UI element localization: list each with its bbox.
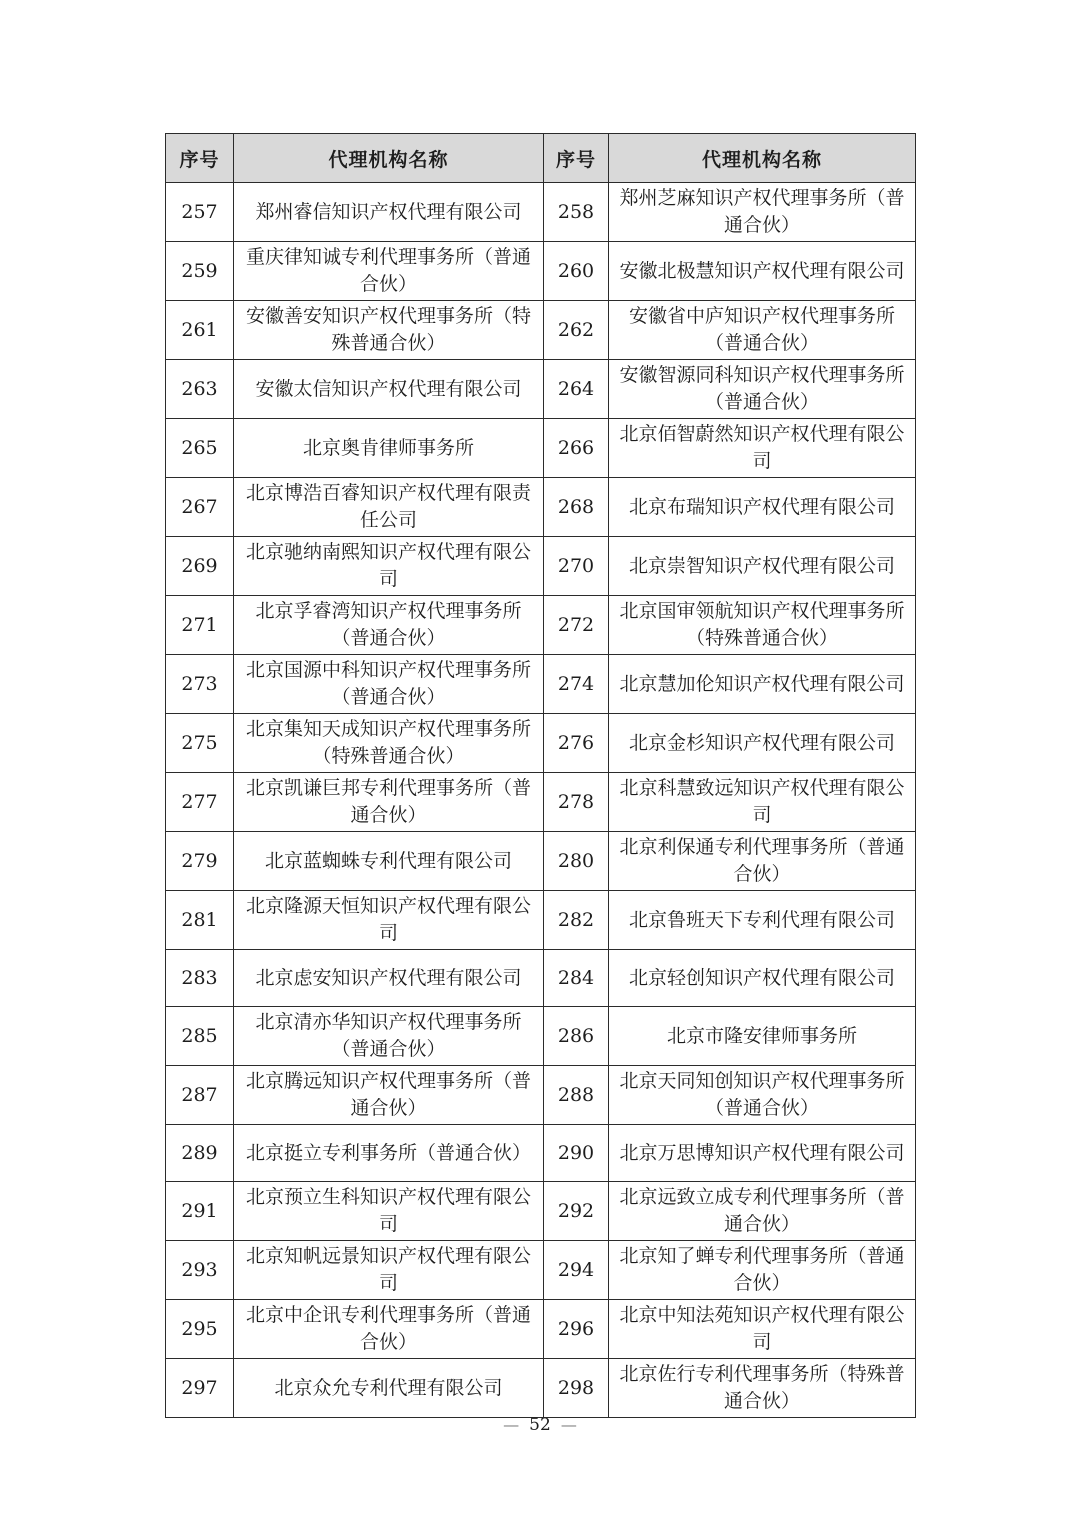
agency-name-cell: 北京集知天成知识产权代理事务所（特殊普通合伙） [234, 714, 544, 773]
agency-name-cell: 安徽智源同科知识产权代理事务所（普通合伙） [609, 360, 916, 419]
serial-cell: 286 [544, 1007, 609, 1066]
serial-cell: 273 [166, 655, 234, 714]
header-row: 序号 代理机构名称 序号 代理机构名称 [166, 134, 916, 183]
serial-cell: 293 [166, 1241, 234, 1300]
agency-name-cell: 北京国源中科知识产权代理事务所（普通合伙） [234, 655, 544, 714]
agency-name-cell: 北京慧加伦知识产权代理有限公司 [609, 655, 916, 714]
table-row: 279北京蓝蜘蛛专利代理有限公司280北京利保通专利代理事务所（普通合伙） [166, 832, 916, 891]
serial-cell: 296 [544, 1300, 609, 1359]
serial-cell: 264 [544, 360, 609, 419]
table-row: 263安徽太信知识产权代理有限公司264安徽智源同科知识产权代理事务所（普通合伙… [166, 360, 916, 419]
serial-cell: 290 [544, 1125, 609, 1182]
agency-name-cell: 北京万思博知识产权代理有限公司 [609, 1125, 916, 1182]
serial-cell: 261 [166, 301, 234, 360]
footer-left-dash: — [503, 1415, 519, 1434]
agency-table: 序号 代理机构名称 序号 代理机构名称 257郑州睿信知识产权代理有限公司258… [165, 133, 916, 1418]
table-row: 291北京预立生科知识产权代理有限公司292北京远致立成专利代理事务所（普通合伙… [166, 1182, 916, 1241]
agency-name-cell: 北京利保通专利代理事务所（普通合伙） [609, 832, 916, 891]
page-footer: —52— [0, 1415, 1080, 1435]
serial-cell: 288 [544, 1066, 609, 1125]
serial-cell: 266 [544, 419, 609, 478]
table-row: 261安徽善安知识产权代理事务所（特殊普通合伙）262安徽省中庐知识产权代理事务… [166, 301, 916, 360]
agency-name-cell: 北京鲁班天下专利代理有限公司 [609, 891, 916, 950]
table-row: 267北京博浩百睿知识产权代理有限责任公司268北京布瑞知识产权代理有限公司 [166, 478, 916, 537]
serial-cell: 258 [544, 183, 609, 242]
agency-name-cell: 北京远致立成专利代理事务所（普通合伙） [609, 1182, 916, 1241]
serial-cell: 280 [544, 832, 609, 891]
table-row: 287北京腾远知识产权代理事务所（普通合伙）288北京天同知创知识产权代理事务所… [166, 1066, 916, 1125]
agency-name-cell: 北京布瑞知识产权代理有限公司 [609, 478, 916, 537]
header-agency-name-right: 代理机构名称 [609, 134, 916, 183]
table-row: 281北京隆源天恒知识产权代理有限公司282北京鲁班天下专利代理有限公司 [166, 891, 916, 950]
serial-cell: 257 [166, 183, 234, 242]
serial-cell: 270 [544, 537, 609, 596]
serial-cell: 268 [544, 478, 609, 537]
table-row: 273北京国源中科知识产权代理事务所（普通合伙）274北京慧加伦知识产权代理有限… [166, 655, 916, 714]
table-row: 289北京挺立专利事务所（普通合伙）290北京万思博知识产权代理有限公司 [166, 1125, 916, 1182]
serial-cell: 281 [166, 891, 234, 950]
table-row: 259重庆律知诚专利代理事务所（普通合伙）260安徽北极慧知识产权代理有限公司 [166, 242, 916, 301]
header-agency-name-left: 代理机构名称 [234, 134, 544, 183]
agency-name-cell: 北京蓝蜘蛛专利代理有限公司 [234, 832, 544, 891]
table-row: 257郑州睿信知识产权代理有限公司258郑州芝麻知识产权代理事务所（普通合伙） [166, 183, 916, 242]
serial-cell: 274 [544, 655, 609, 714]
agency-table-body: 257郑州睿信知识产权代理有限公司258郑州芝麻知识产权代理事务所（普通合伙）2… [166, 183, 916, 1418]
serial-cell: 292 [544, 1182, 609, 1241]
serial-cell: 285 [166, 1007, 234, 1066]
agency-name-cell: 北京虑安知识产权代理有限公司 [234, 950, 544, 1007]
serial-cell: 282 [544, 891, 609, 950]
agency-name-cell: 北京佰智蔚然知识产权代理有限公司 [609, 419, 916, 478]
table-row: 269北京驰纳南熙知识产权代理有限公司270北京崇智知识产权代理有限公司 [166, 537, 916, 596]
agency-name-cell: 重庆律知诚专利代理事务所（普通合伙） [234, 242, 544, 301]
serial-cell: 279 [166, 832, 234, 891]
agency-table-header: 序号 代理机构名称 序号 代理机构名称 [166, 134, 916, 183]
serial-cell: 271 [166, 596, 234, 655]
table-row: 295北京中企讯专利代理事务所（普通合伙）296北京中知法苑知识产权代理有限公司 [166, 1300, 916, 1359]
agency-name-cell: 北京崇智知识产权代理有限公司 [609, 537, 916, 596]
agency-name-cell: 北京市隆安律师事务所 [609, 1007, 916, 1066]
agency-name-cell: 郑州芝麻知识产权代理事务所（普通合伙） [609, 183, 916, 242]
serial-cell: 287 [166, 1066, 234, 1125]
agency-name-cell: 北京知了蝉专利代理事务所（普通合伙） [609, 1241, 916, 1300]
table-row: 277北京凯谦巨邦专利代理事务所（普通合伙）278北京科慧致远知识产权代理有限公… [166, 773, 916, 832]
agency-name-cell: 北京驰纳南熙知识产权代理有限公司 [234, 537, 544, 596]
serial-cell: 291 [166, 1182, 234, 1241]
footer-right-dash: — [561, 1415, 577, 1434]
header-serial-left: 序号 [166, 134, 234, 183]
serial-cell: 272 [544, 596, 609, 655]
table-row: 275北京集知天成知识产权代理事务所（特殊普通合伙）276北京金杉知识产权代理有… [166, 714, 916, 773]
agency-name-cell: 北京国审领航知识产权代理事务所（特殊普通合伙） [609, 596, 916, 655]
agency-name-cell: 北京科慧致远知识产权代理有限公司 [609, 773, 916, 832]
agency-name-cell: 北京挺立专利事务所（普通合伙） [234, 1125, 544, 1182]
table-row: 293北京知帆远景知识产权代理有限公司294北京知了蝉专利代理事务所（普通合伙） [166, 1241, 916, 1300]
serial-cell: 294 [544, 1241, 609, 1300]
serial-cell: 262 [544, 301, 609, 360]
serial-cell: 276 [544, 714, 609, 773]
serial-cell: 259 [166, 242, 234, 301]
serial-cell: 295 [166, 1300, 234, 1359]
table-row: 285北京清亦华知识产权代理事务所（普通合伙）286北京市隆安律师事务所 [166, 1007, 916, 1066]
agency-name-cell: 北京佐行专利代理事务所（特殊普通合伙） [609, 1359, 916, 1418]
document-page: 序号 代理机构名称 序号 代理机构名称 257郑州睿信知识产权代理有限公司258… [0, 0, 1080, 1527]
agency-name-cell: 北京腾远知识产权代理事务所（普通合伙） [234, 1066, 544, 1125]
serial-cell: 284 [544, 950, 609, 1007]
serial-cell: 275 [166, 714, 234, 773]
agency-name-cell: 郑州睿信知识产权代理有限公司 [234, 183, 544, 242]
serial-cell: 289 [166, 1125, 234, 1182]
header-serial-right: 序号 [544, 134, 609, 183]
agency-name-cell: 安徽北极慧知识产权代理有限公司 [609, 242, 916, 301]
agency-name-cell: 北京轻创知识产权代理有限公司 [609, 950, 916, 1007]
serial-cell: 278 [544, 773, 609, 832]
serial-cell: 263 [166, 360, 234, 419]
serial-cell: 260 [544, 242, 609, 301]
serial-cell: 277 [166, 773, 234, 832]
agency-name-cell: 北京博浩百睿知识产权代理有限责任公司 [234, 478, 544, 537]
agency-name-cell: 北京孚睿湾知识产权代理事务所（普通合伙） [234, 596, 544, 655]
table-row: 283北京虑安知识产权代理有限公司284北京轻创知识产权代理有限公司 [166, 950, 916, 1007]
agency-name-cell: 北京天同知创知识产权代理事务所（普通合伙） [609, 1066, 916, 1125]
agency-name-cell: 北京中知法苑知识产权代理有限公司 [609, 1300, 916, 1359]
agency-name-cell: 北京金杉知识产权代理有限公司 [609, 714, 916, 773]
serial-cell: 267 [166, 478, 234, 537]
agency-name-cell: 北京凯谦巨邦专利代理事务所（普通合伙） [234, 773, 544, 832]
agency-name-cell: 北京中企讯专利代理事务所（普通合伙） [234, 1300, 544, 1359]
agency-name-cell: 北京奥肯律师事务所 [234, 419, 544, 478]
table-row: 271北京孚睿湾知识产权代理事务所（普通合伙）272北京国审领航知识产权代理事务… [166, 596, 916, 655]
agency-name-cell: 安徽省中庐知识产权代理事务所（普通合伙） [609, 301, 916, 360]
agency-name-cell: 北京清亦华知识产权代理事务所（普通合伙） [234, 1007, 544, 1066]
serial-cell: 298 [544, 1359, 609, 1418]
page-number: 52 [529, 1415, 551, 1435]
serial-cell: 265 [166, 419, 234, 478]
table-row: 297北京众允专利代理有限公司298北京佐行专利代理事务所（特殊普通合伙） [166, 1359, 916, 1418]
agency-name-cell: 北京预立生科知识产权代理有限公司 [234, 1182, 544, 1241]
table-row: 265北京奥肯律师事务所266北京佰智蔚然知识产权代理有限公司 [166, 419, 916, 478]
serial-cell: 269 [166, 537, 234, 596]
agency-name-cell: 北京众允专利代理有限公司 [234, 1359, 544, 1418]
agency-name-cell: 安徽善安知识产权代理事务所（特殊普通合伙） [234, 301, 544, 360]
serial-cell: 297 [166, 1359, 234, 1418]
serial-cell: 283 [166, 950, 234, 1007]
agency-name-cell: 北京知帆远景知识产权代理有限公司 [234, 1241, 544, 1300]
agency-name-cell: 安徽太信知识产权代理有限公司 [234, 360, 544, 419]
agency-name-cell: 北京隆源天恒知识产权代理有限公司 [234, 891, 544, 950]
